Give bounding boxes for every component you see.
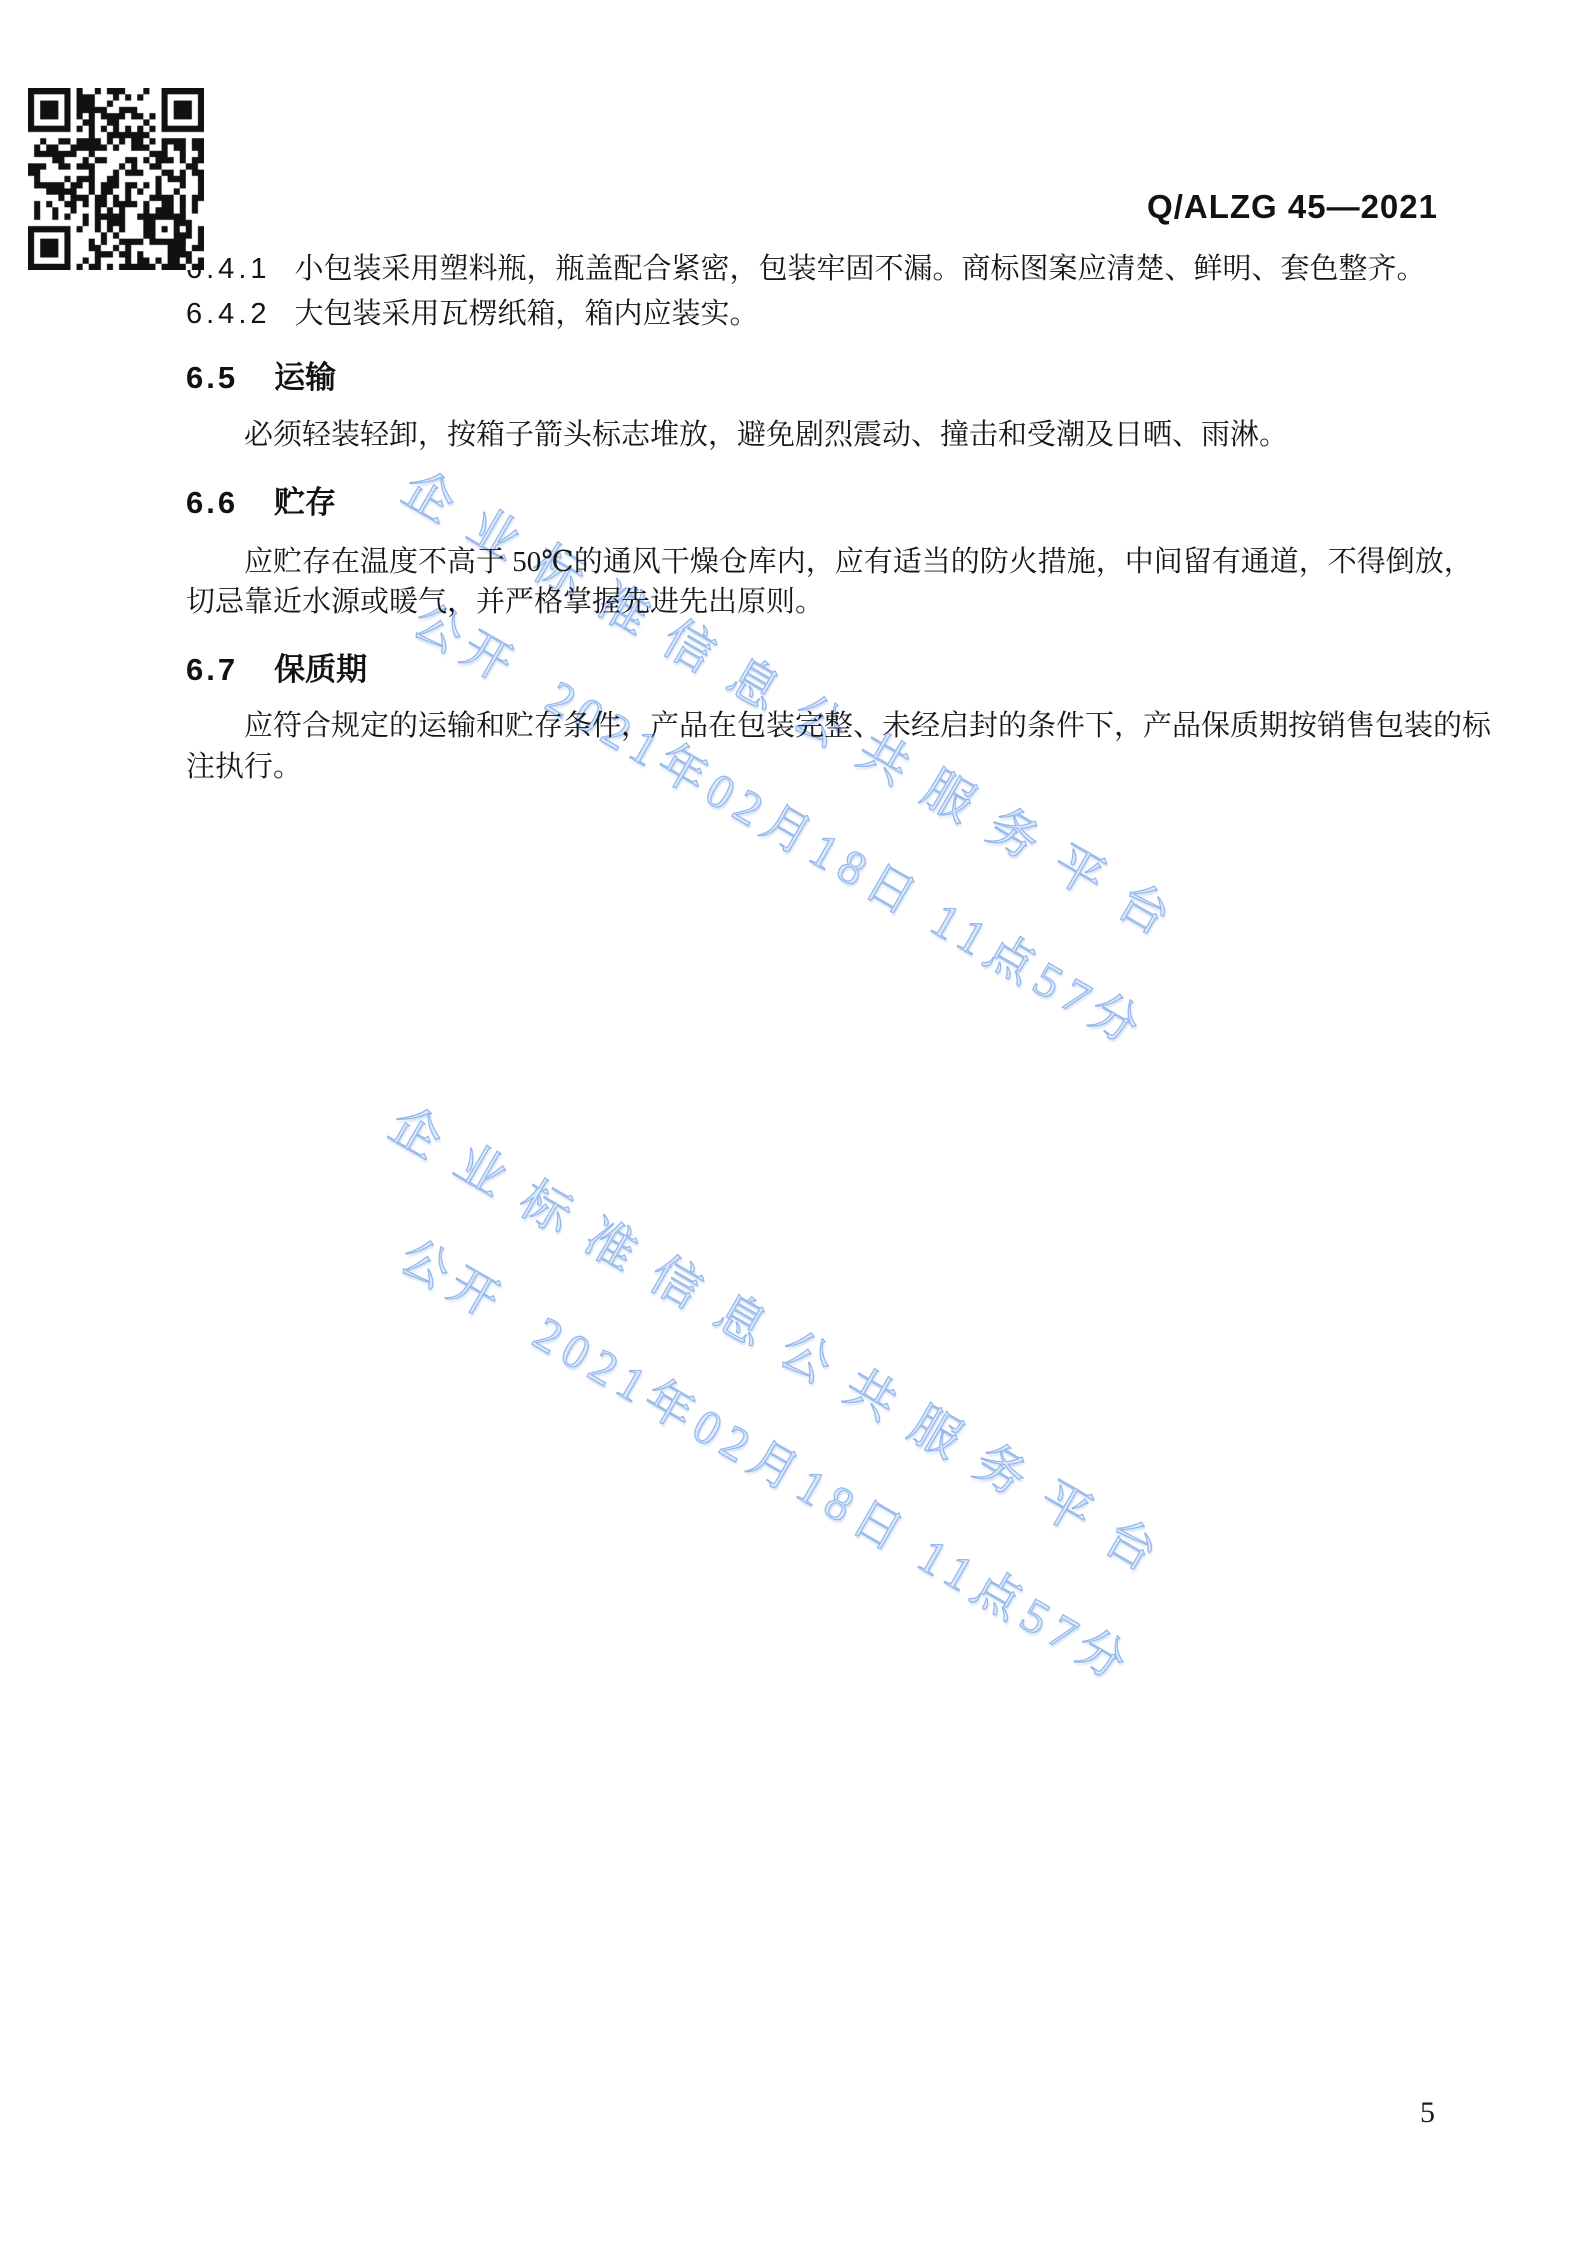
watermark-meta-line: 公开2021年02月18日11点57分	[392, 1232, 1140, 1692]
doc-code: Q/ALZG 45—2021	[1147, 188, 1438, 226]
section-title: 运输	[274, 360, 336, 395]
section-number: 6.5	[186, 360, 238, 395]
clause-6-4-2: 6.4.2大包装采用瓦楞纸箱，箱内应装实。	[186, 291, 759, 332]
watermark-block-2: 企业标准信息公共服务平台 公开2021年02月18日11点57分	[327, 1098, 1196, 1692]
section-number: 6.6	[186, 485, 238, 520]
paragraph-line: 应贮存在温度不高于 50℃的通风干燥仓库内，应有适当的防火措施，中间留有通道，不…	[186, 539, 1473, 580]
watermark-platform-text: 企业标准信息公共服务平台	[382, 1098, 1196, 1597]
clause-text: 小包装采用塑料瓶，瓶盖配合紧密，包装牢固不漏。商标图案应清楚、鲜明、套色整齐。	[295, 253, 1426, 285]
paragraph-line: 必须轻装轻卸，按箱子箭头标志堆放，避免剧烈震动、撞击和受潮及日晒、雨淋。	[186, 412, 1288, 453]
document-page: Q/ALZG 45—2021 企业标准信息公共服务平台 公开2021年02月18…	[0, 0, 1588, 2245]
watermark-time: 11点57分	[922, 893, 1155, 1058]
section-heading-6-7: 6.7保质期	[186, 644, 367, 689]
section-title: 保质期	[274, 652, 367, 687]
section-heading-6-6: 6.6贮存	[186, 477, 336, 522]
watermark-open-label: 公开	[391, 1230, 515, 1332]
watermark-time: 11点57分	[909, 1529, 1142, 1694]
section-title: 贮存	[274, 485, 336, 520]
paragraph-line: 注执行。	[186, 744, 302, 785]
watermark-date: 2021年02月18日	[524, 1307, 918, 1565]
section-number: 6.7	[186, 652, 238, 687]
section-heading-6-5: 6.5运输	[186, 352, 336, 397]
paragraph-line: 切忌靠近水源或暖气，并严格掌握先进先出原则。	[186, 579, 824, 620]
clause-6-4-1: 6.4.1小包装采用塑料瓶，瓶盖配合紧密，包装牢固不漏。商标图案应清楚、鲜明、套…	[186, 246, 1426, 287]
paragraph-line: 应符合规定的运输和贮存条件，产品在包装完整、未经启封的条件下，产品保质期按销售包…	[186, 703, 1491, 744]
qr-code	[28, 88, 204, 270]
page-number: 5	[1420, 2096, 1435, 2130]
clause-text: 大包装采用瓦楞纸箱，箱内应装实。	[295, 298, 759, 330]
watermark-meta-line: 公开2021年02月18日11点57分	[405, 596, 1153, 1056]
clause-number: 6.4.2	[186, 298, 271, 330]
